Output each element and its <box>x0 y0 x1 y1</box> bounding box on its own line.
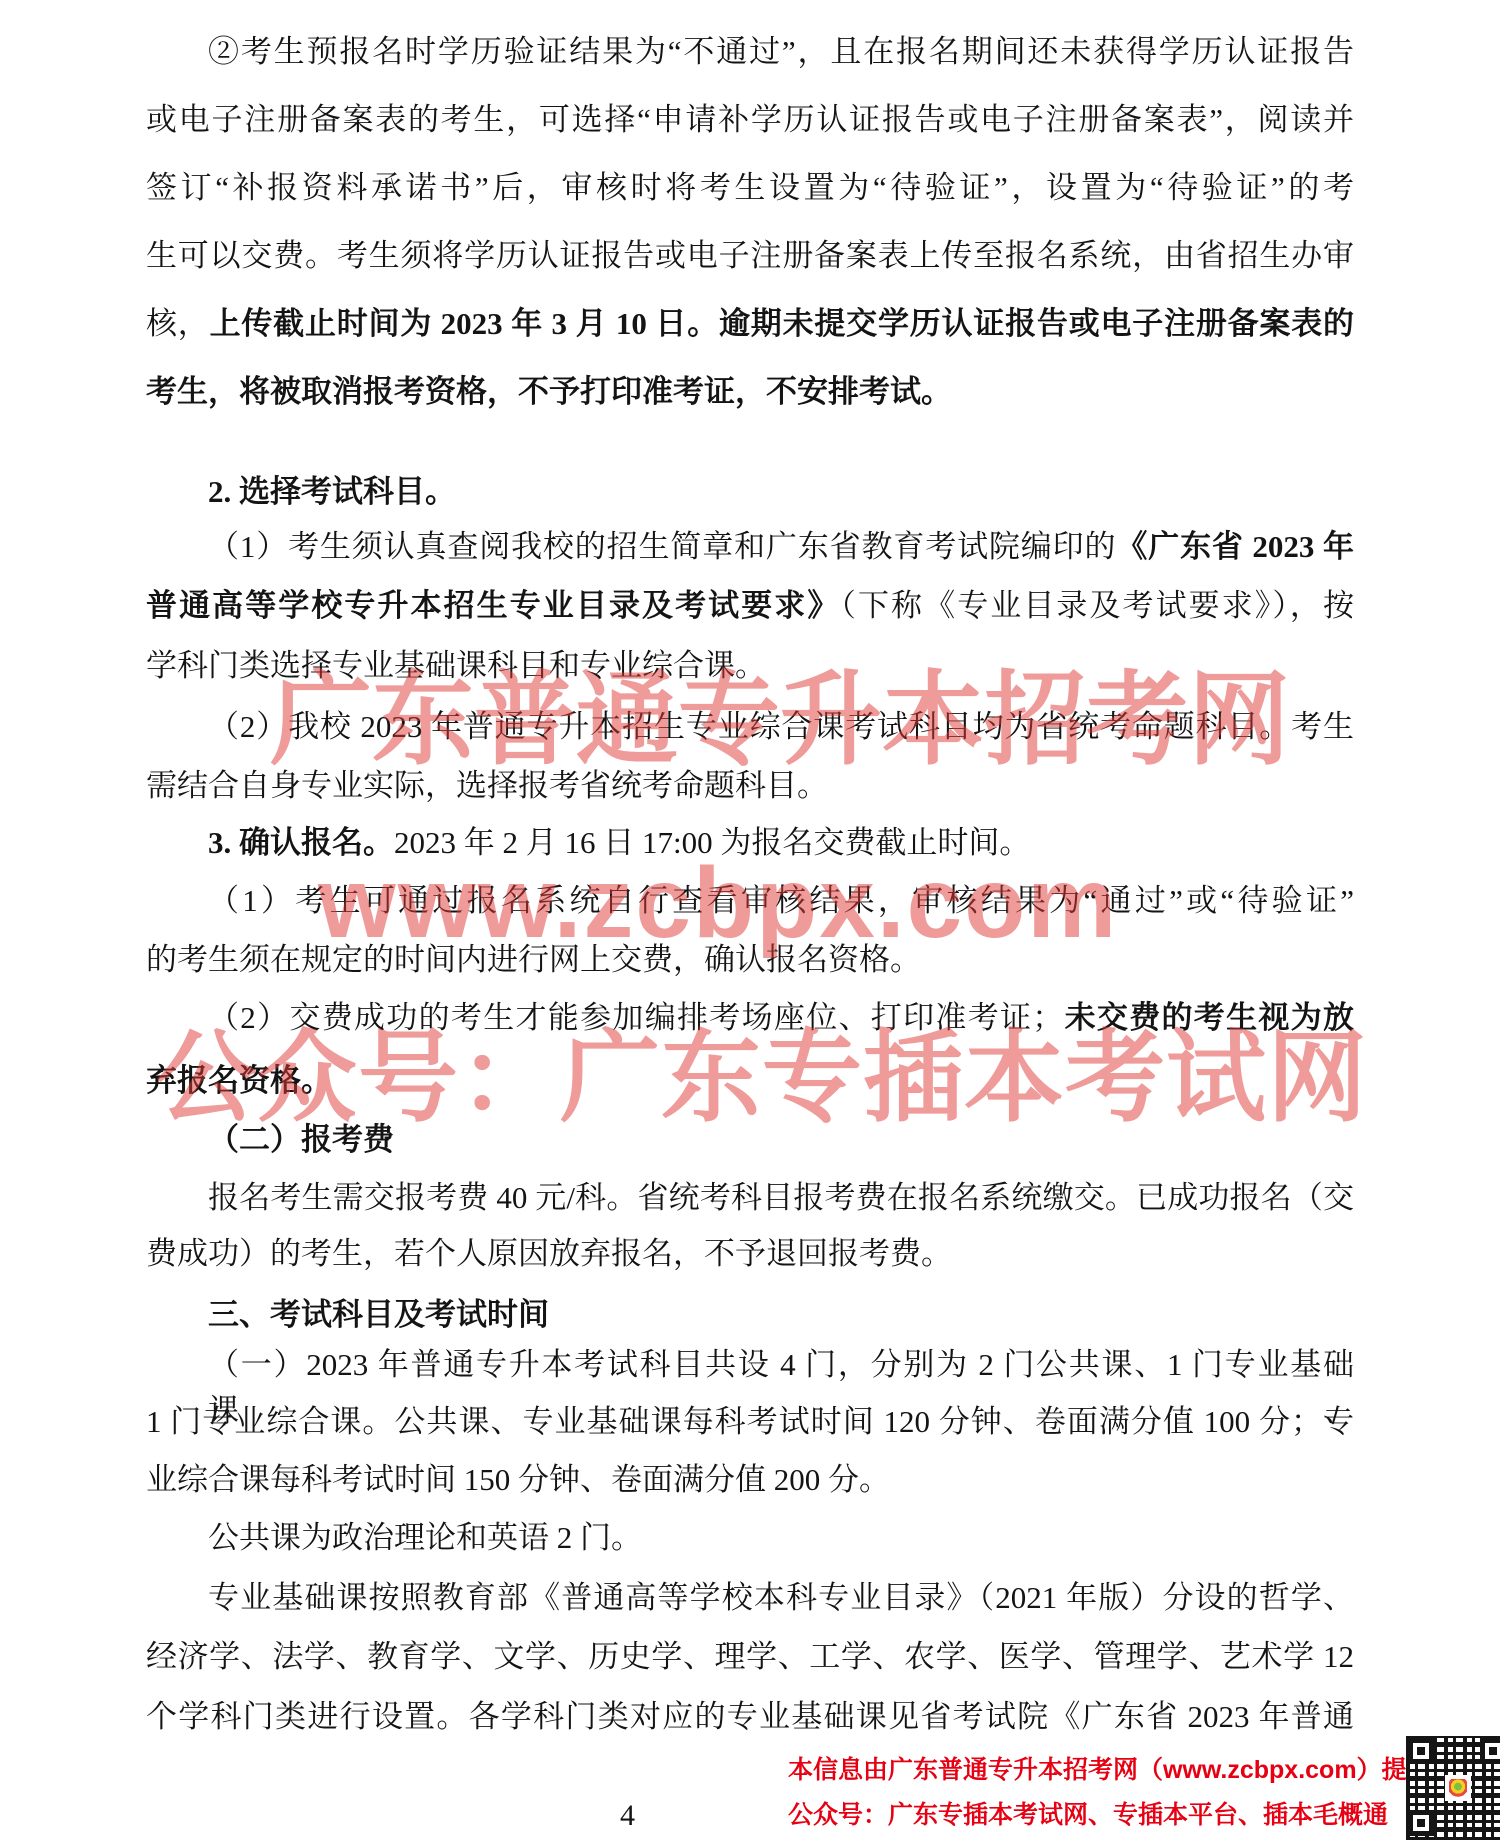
text-line: （2）我校 2023 年普通专升本招生专业综合课考试科目均为省统考命题科目。考生 <box>146 704 1354 750</box>
text-run: 费成功）的考生，若个人原因放弃报名，不予退回报考费。 <box>146 1236 952 1271</box>
text-run: 核， <box>146 306 210 341</box>
text-run: 的考生须在规定的时间内进行网上交费，确认报名资格。 <box>146 942 921 977</box>
text-line: 需结合自身专业实际，选择报考省统考命题科目。 <box>146 763 1354 809</box>
text-line: 费成功）的考生，若个人原因放弃报名，不予退回报考费。 <box>146 1231 1354 1277</box>
text-line: 业综合课每科考试时间 150 分钟、卷面满分值 200 分。 <box>146 1457 1354 1503</box>
text-run-bold: 3. 确认报名。 <box>208 825 394 860</box>
text-line: （1）考生可通过报名系统自行查看审核结果，审核结果为“通过”或“待验证” <box>146 878 1354 924</box>
text-line: 专业基础课按照教育部《普通高等学校本科专业目录》（2021 年版）分设的哲学、 <box>146 1575 1354 1621</box>
text-line: 生可以交费。考生须将学历认证报告或电子注册备案表上传至报名系统，由省招生办审 <box>146 233 1354 279</box>
text-line: 1 门专业综合课。公共课、专业基础课每科考试时间 120 分钟、卷面满分值 10… <box>146 1399 1354 1445</box>
text-line: 核，上传截止时间为 2023 年 3 月 10 日。逾期未提交学历认证报告或电子… <box>146 301 1354 347</box>
qr-finder-bottom-left <box>1408 1810 1434 1836</box>
text-line: 学科门类选择专业基础课科目和专业综合课。 <box>146 643 1354 689</box>
text-line: 考生，将被取消报考资格，不予打印准考证，不安排考试。 <box>146 369 1354 415</box>
text-run: 业综合课每科考试时间 150 分钟、卷面满分值 200 分。 <box>146 1462 890 1497</box>
document-page: ②考生预报名时学历验证结果为“不通过”，且在报名期间还未获得学历认证报告或电子注… <box>0 0 1500 1845</box>
text-line: （二）报考费 <box>146 1117 1354 1163</box>
text-run-bold: 《广东省 2023 年 <box>1116 529 1354 564</box>
footer-info-line1: 本信息由广东普通专升本招考网（www.zcbpx.com）提供， <box>788 1754 1457 1786</box>
text-line: 3. 确认报名。2023 年 2 月 16 日 17:00 为报名交费截止时间。 <box>146 820 1354 866</box>
text-line: 普通高等学校专升本招生专业目录及考试要求》（下称《专业目录及考试要求》），按 <box>146 583 1354 629</box>
text-line: 三、考试科目及考试时间 <box>146 1292 1354 1338</box>
text-run-bold: 三、考试科目及考试时间 <box>208 1297 549 1332</box>
text-run: 学科门类选择专业基础课科目和专业综合课。 <box>146 648 766 683</box>
footer-info-line2: 公众号：广东专插本考试网、专插本平台、插本毛概通 <box>788 1799 1388 1831</box>
text-run-bold: 未交费的考生视为放 <box>1063 1000 1354 1035</box>
qr-code <box>1406 1736 1500 1840</box>
text-line: （2）交费成功的考生才能参加编排考场座位、打印准考证；未交费的考生视为放 <box>146 995 1354 1041</box>
text-run-bold: 2. 选择考试科目。 <box>208 474 456 509</box>
text-run: （下称《专业目录及考试要求》），按 <box>840 588 1354 623</box>
text-run: （1）考生可通过报名系统自行查看审核结果，审核结果为“通过”或“待验证” <box>208 883 1354 918</box>
text-line: 的考生须在规定的时间内进行网上交费，确认报名资格。 <box>146 937 1354 983</box>
text-run: 经济学、法学、教育学、文学、历史学、理学、工学、农学、医学、管理学、艺术学 12 <box>146 1639 1354 1674</box>
qr-finder-top-right <box>1480 1738 1500 1764</box>
text-run-bold: 上传截止时间为 2023 年 3 月 10 日。逾期未提交学历认证报告或电子注册… <box>210 306 1354 341</box>
text-run: （2）交费成功的考生才能参加编排考场座位、打印准考证； <box>208 1000 1063 1035</box>
qr-finder-top-left <box>1408 1738 1434 1764</box>
text-run: ②考生预报名时学历验证结果为“不通过”，且在报名期间还未获得学历认证报告 <box>208 34 1354 69</box>
text-run: 1 门专业综合课。公共课、专业基础课每科考试时间 120 分钟、卷面满分值 10… <box>146 1404 1354 1439</box>
text-line: 签订“补报资料承诺书”后，审核时将考生设置为“待验证”，设置为“待验证”的考 <box>146 165 1354 211</box>
text-run: 个学科门类进行设置。各学科门类对应的专业基础课见省考试院《广东省 2023 年普… <box>146 1699 1354 1734</box>
page-number: 4 <box>620 1798 635 1834</box>
text-line: 弃报名资格。 <box>146 1058 1354 1104</box>
text-line: 个学科门类进行设置。各学科门类对应的专业基础课见省考试院《广东省 2023 年普… <box>146 1694 1354 1740</box>
text-run: 生可以交费。考生须将学历认证报告或电子注册备案表上传至报名系统，由省招生办审 <box>146 238 1354 273</box>
qr-center-logo <box>1445 1775 1471 1801</box>
text-run: 报名考生需交报考费 40 元/科。省统考科目报考费在报名系统缴交。已成功报名（交 <box>208 1180 1354 1215</box>
text-line: 或电子注册备案表的考生，可选择“申请补学历认证报告或电子注册备案表”，阅读并 <box>146 97 1354 143</box>
text-line: 报名考生需交报考费 40 元/科。省统考科目报考费在报名系统缴交。已成功报名（交 <box>146 1175 1354 1221</box>
text-line: 2. 选择考试科目。 <box>146 469 1354 515</box>
text-run: （1）考生须认真查阅我校的招生简章和广东省教育考试院编印的 <box>208 529 1116 564</box>
text-run: 专业基础课按照教育部《普通高等学校本科专业目录》（2021 年版）分设的哲学、 <box>208 1580 1354 1615</box>
text-line: 公共课为政治理论和英语 2 门。 <box>146 1515 1354 1561</box>
text-run-bold: （二）报考费 <box>208 1122 394 1157</box>
text-run: 需结合自身专业实际，选择报考省统考命题科目。 <box>146 768 828 803</box>
text-run: 公共课为政治理论和英语 2 门。 <box>208 1520 642 1555</box>
text-run-bold: 普通高等学校专升本招生专业目录及考试要求》 <box>146 588 840 623</box>
text-line: ②考生预报名时学历验证结果为“不通过”，且在报名期间还未获得学历认证报告 <box>146 29 1354 75</box>
text-run: 或电子注册备案表的考生，可选择“申请补学历认证报告或电子注册备案表”，阅读并 <box>146 102 1354 137</box>
text-line: 经济学、法学、教育学、文学、历史学、理学、工学、农学、医学、管理学、艺术学 12 <box>146 1634 1354 1680</box>
text-run: （2）我校 2023 年普通专升本招生专业综合课考试科目均为省统考命题科目。考生 <box>208 709 1354 744</box>
text-line: （1）考生须认真查阅我校的招生简章和广东省教育考试院编印的《广东省 2023 年 <box>146 524 1354 570</box>
text-run: 2023 年 2 月 16 日 17:00 为报名交费截止时间。 <box>394 825 1030 860</box>
text-run: 签订“补报资料承诺书”后，审核时将考生设置为“待验证”，设置为“待验证”的考 <box>146 170 1354 205</box>
text-run-bold: 弃报名资格。 <box>146 1063 332 1098</box>
text-run-bold: 考生，将被取消报考资格，不予打印准考证，不安排考试。 <box>146 374 952 409</box>
text-line: （一）2023 年普通专升本考试科目共设 4 门，分别为 2 门公共课、1 门专… <box>146 1342 1354 1388</box>
